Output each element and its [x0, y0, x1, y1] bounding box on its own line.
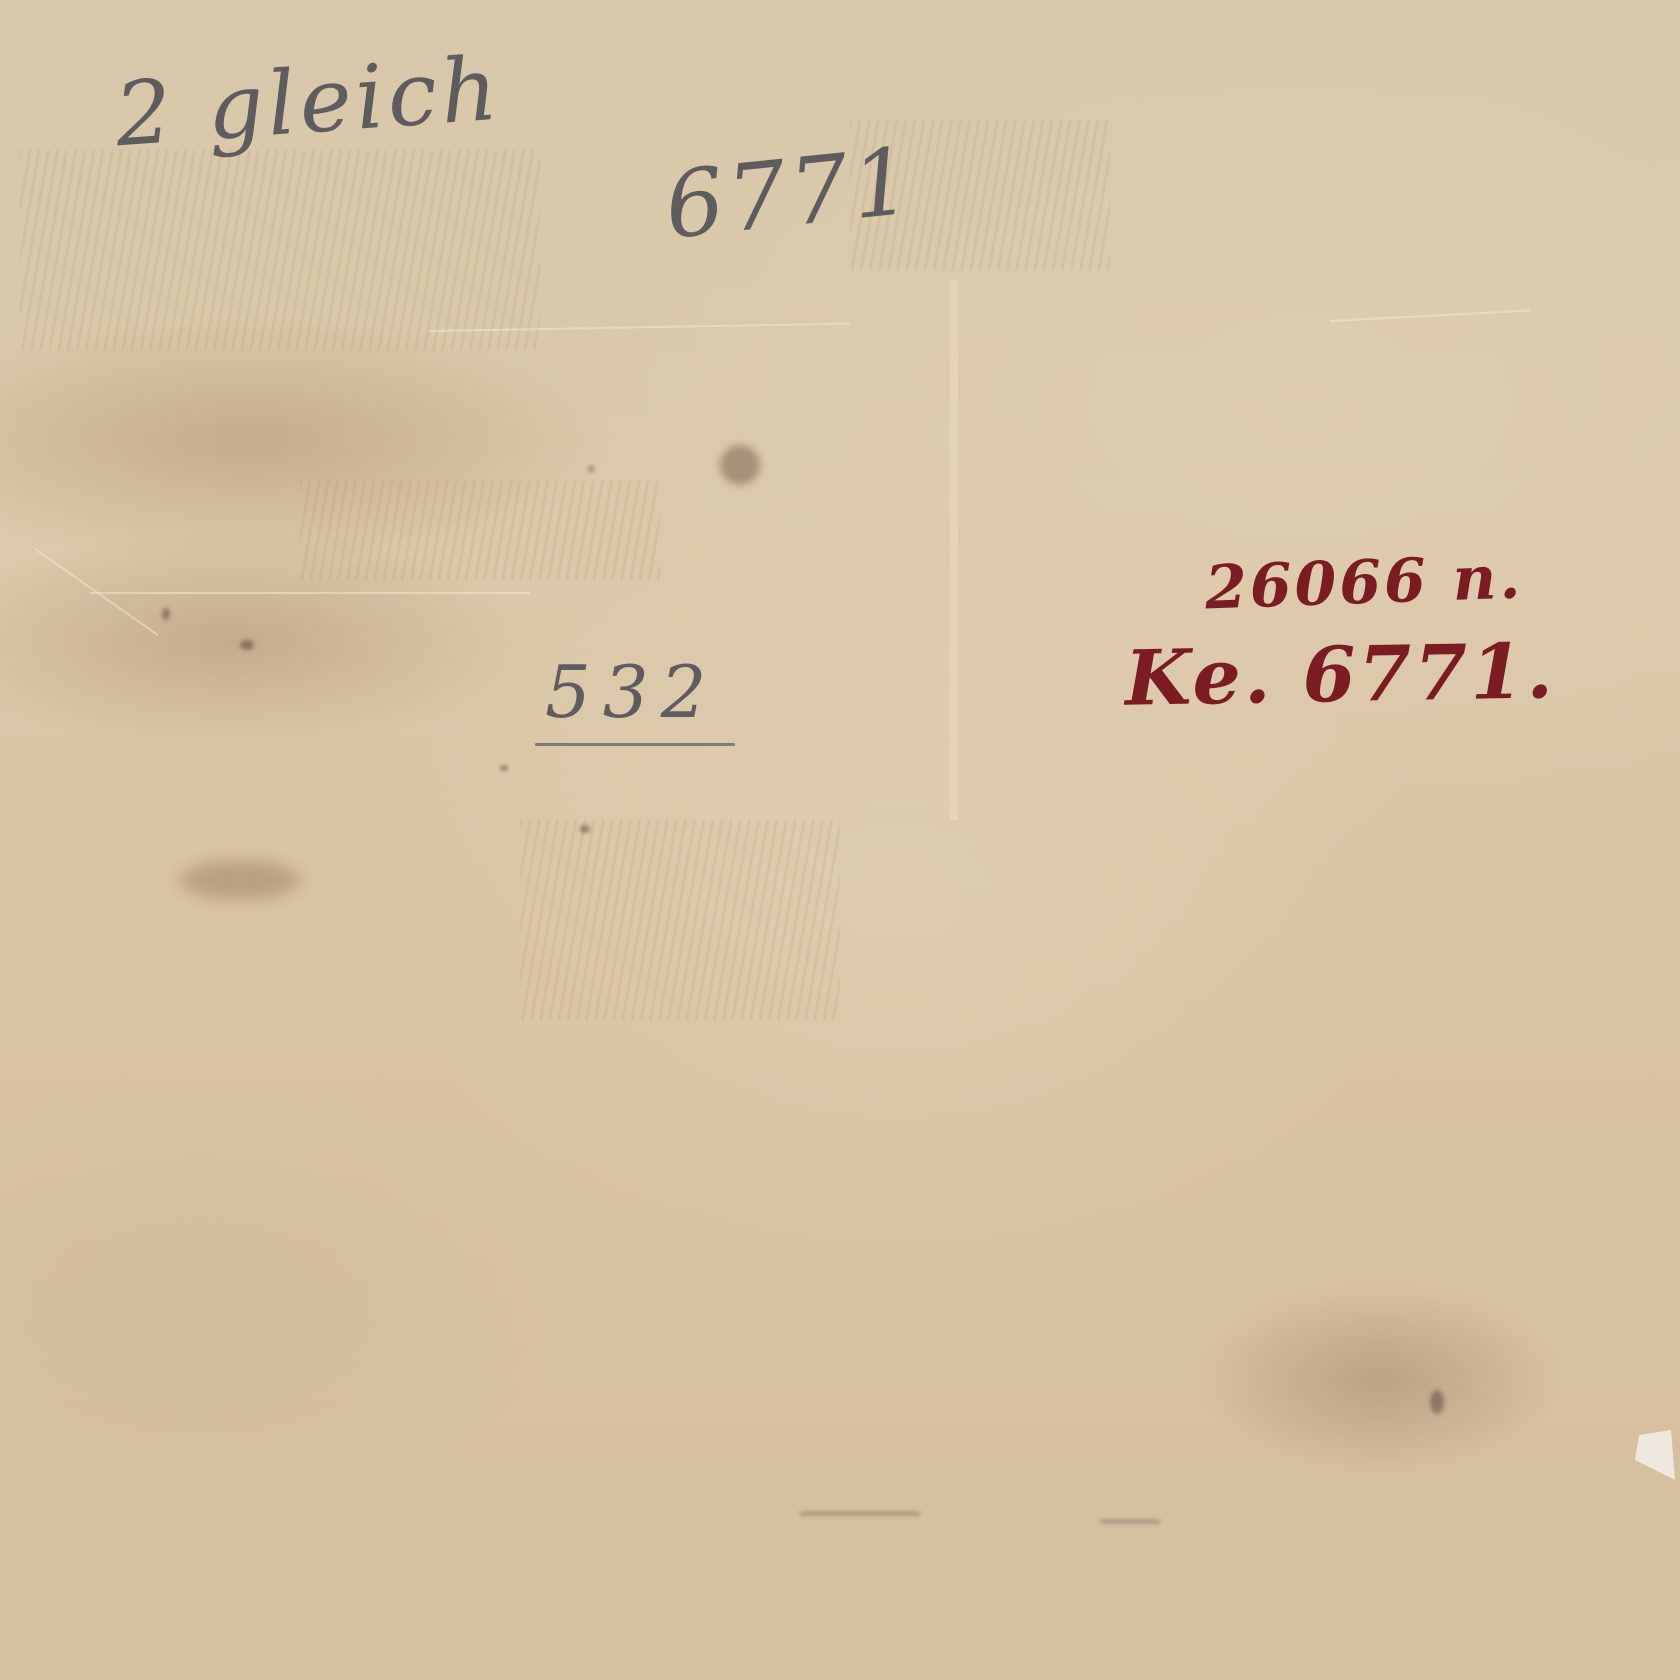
pencil-note-gleich: 2 gleich — [112, 37, 505, 167]
hatch-texture — [520, 820, 840, 1020]
ink-inventory-ke-6771: Ke. 6771. — [1124, 626, 1556, 723]
dirt-spot — [1100, 1520, 1160, 1523]
dirt-spot — [720, 445, 760, 485]
hatch-texture — [20, 150, 540, 350]
dirt-spot — [180, 860, 300, 900]
ink-inventory-26066: 26066 n. — [1204, 542, 1524, 623]
scratch-mark — [950, 280, 958, 820]
dirt-spot — [800, 1512, 920, 1515]
dirt-spot — [240, 640, 254, 650]
scratch-mark — [90, 592, 530, 594]
paper-sheet: 2 gleich 6771 532 26066 n. Ke. 6771. — [0, 0, 1680, 1680]
scratch-mark — [1330, 310, 1530, 322]
dirt-spot — [1430, 1390, 1444, 1414]
dirt-spot — [580, 825, 590, 833]
dirt-spot — [162, 608, 170, 620]
paper-tear — [1635, 1430, 1675, 1480]
pencil-underline — [535, 743, 735, 746]
dirt-spot — [500, 765, 508, 771]
hatch-texture — [300, 480, 660, 580]
pencil-note-532: 532 — [545, 650, 718, 734]
dirt-spot — [588, 466, 594, 472]
